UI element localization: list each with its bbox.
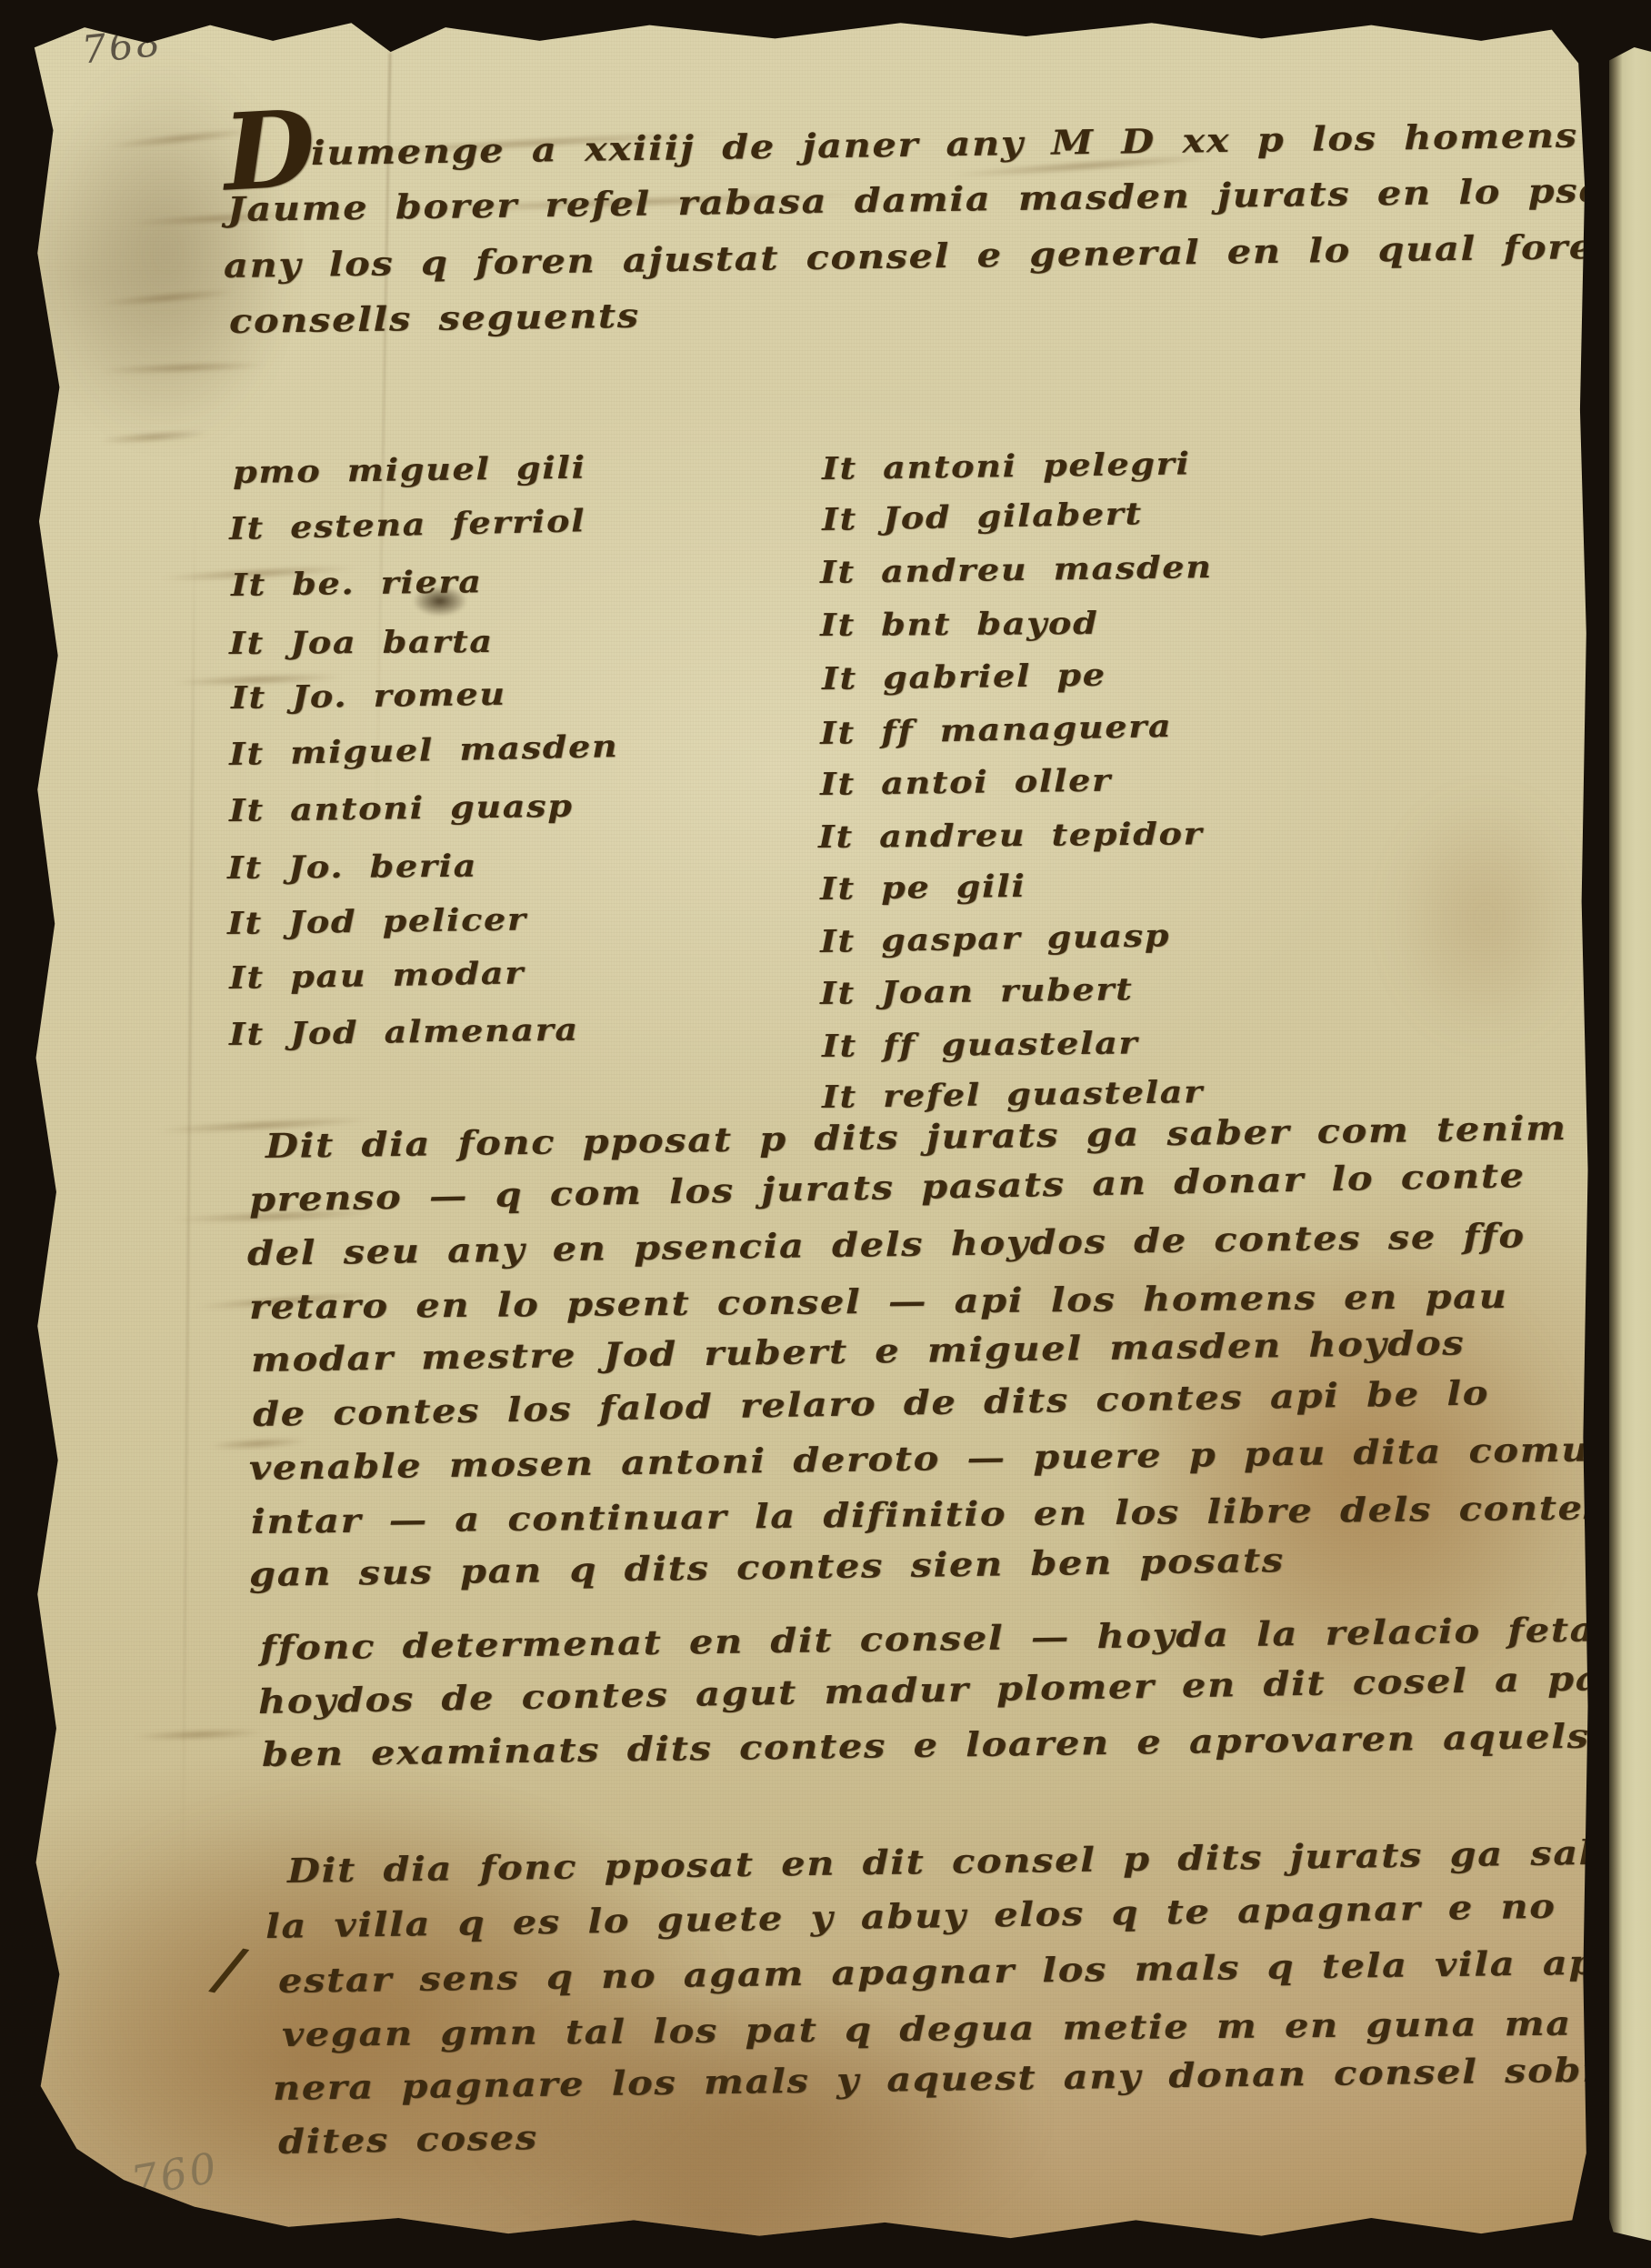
minute-line: de contes los falod relaro de dits conte… [253,1372,1490,1434]
entry-line: any los q foren ajustat consel e general… [224,226,1651,286]
council-member: It gabriel pe [822,657,1106,697]
council-member: pmo miguel gili [233,450,586,491]
minute-line: estar sens q no agam apagnar los mals q … [278,1942,1613,2001]
minute-line: intar — a continuar la difinitio en los … [251,1486,1651,1541]
council-member: It antoni guasp [229,788,574,829]
council-member: It pe gili [820,868,1026,908]
folio-number-bottom: 760 [127,2143,223,2206]
entry-line: Jaume borer refel rabasa damia masden ju… [227,169,1651,229]
minute-line: modar mestre Jod rubert e miguel masden … [251,1322,1466,1380]
council-member: It Jo. romeu [231,677,506,717]
margin-mark: / [211,1932,247,2005]
stain [1386,789,1586,1044]
minute-line: del seu any en psencia dels hoydos de co… [247,1215,1526,1273]
council-member: It be. riera [231,564,483,604]
minute-line: prenso — q com los jurats pasats an dona… [249,1155,1526,1219]
council-member: It andreu tepidor [818,816,1204,856]
entry-drop-cap: D [222,106,317,196]
council-member: It antoi oller [820,763,1112,803]
vertical-crease [181,517,195,1881]
minute-line: venable mosen antoni deroto — puere p pa… [249,1429,1591,1488]
council-member: It pau modar [229,955,525,997]
minute-line: ffonc determenat en dit consel — hoyda l… [260,1607,1651,1668]
minute-line: dites coses [278,2117,539,2162]
minute-line: nera pagnare los mals y aquest any donan… [273,2049,1629,2108]
bleedthrough-mark [67,360,299,376]
council-member: It Jo. beria [227,848,477,887]
next-page-edge [1609,47,1651,2241]
council-member: It ff guastelar [822,1025,1139,1065]
council-member: It antoni pelegri [822,446,1191,487]
minute-line: la villa q es lo guete y abuy elos q te … [265,1883,1651,1946]
council-member: It ff managuera [820,708,1173,752]
council-member: It Joan rubert [820,971,1134,1012]
council-member: It estena ferriol [229,503,586,547]
manuscript-scan: 768 760 D iumenge a xxiiij de janer any … [0,0,1651,2268]
manuscript-page: 768 760 D iumenge a xxiiij de janer any … [22,7,1591,2243]
minute-line: Dit dia fonc pposat en dit consel p dits… [287,1831,1651,1891]
minute-line: retaro en lo psent consel — api los home… [249,1276,1508,1327]
folio-number-top: 768 [80,19,165,72]
entry-line: iumenge a xxiiij de janer any M D xx p l… [311,114,1651,173]
council-member: It andreu masden [820,549,1213,591]
minute-line: hoydos de contes agut madur plomer en di… [258,1656,1651,1721]
council-member: It Jod almenara [229,1012,579,1053]
minute-line: vegan gmn tal los pat q degua metie m en… [282,2003,1572,2054]
minute-line: ben examinats dits contes e loaren e apr… [262,1716,1590,1774]
council-member: It Joa barta [229,624,494,662]
entry-line: consells seguents [229,296,640,341]
council-member: It bnt bayod [820,606,1099,644]
minute-line: gan sus pan q dits contes sien ben posat… [249,1540,1285,1594]
bleedthrough-mark [76,427,231,447]
council-member: It Jod gilabert [822,496,1143,538]
council-member: It gaspar guasp [820,918,1171,960]
council-member: It Jod pelicer [227,901,527,942]
council-member: It miguel masden [229,728,619,773]
council-member: It refel guastelar [822,1074,1204,1116]
